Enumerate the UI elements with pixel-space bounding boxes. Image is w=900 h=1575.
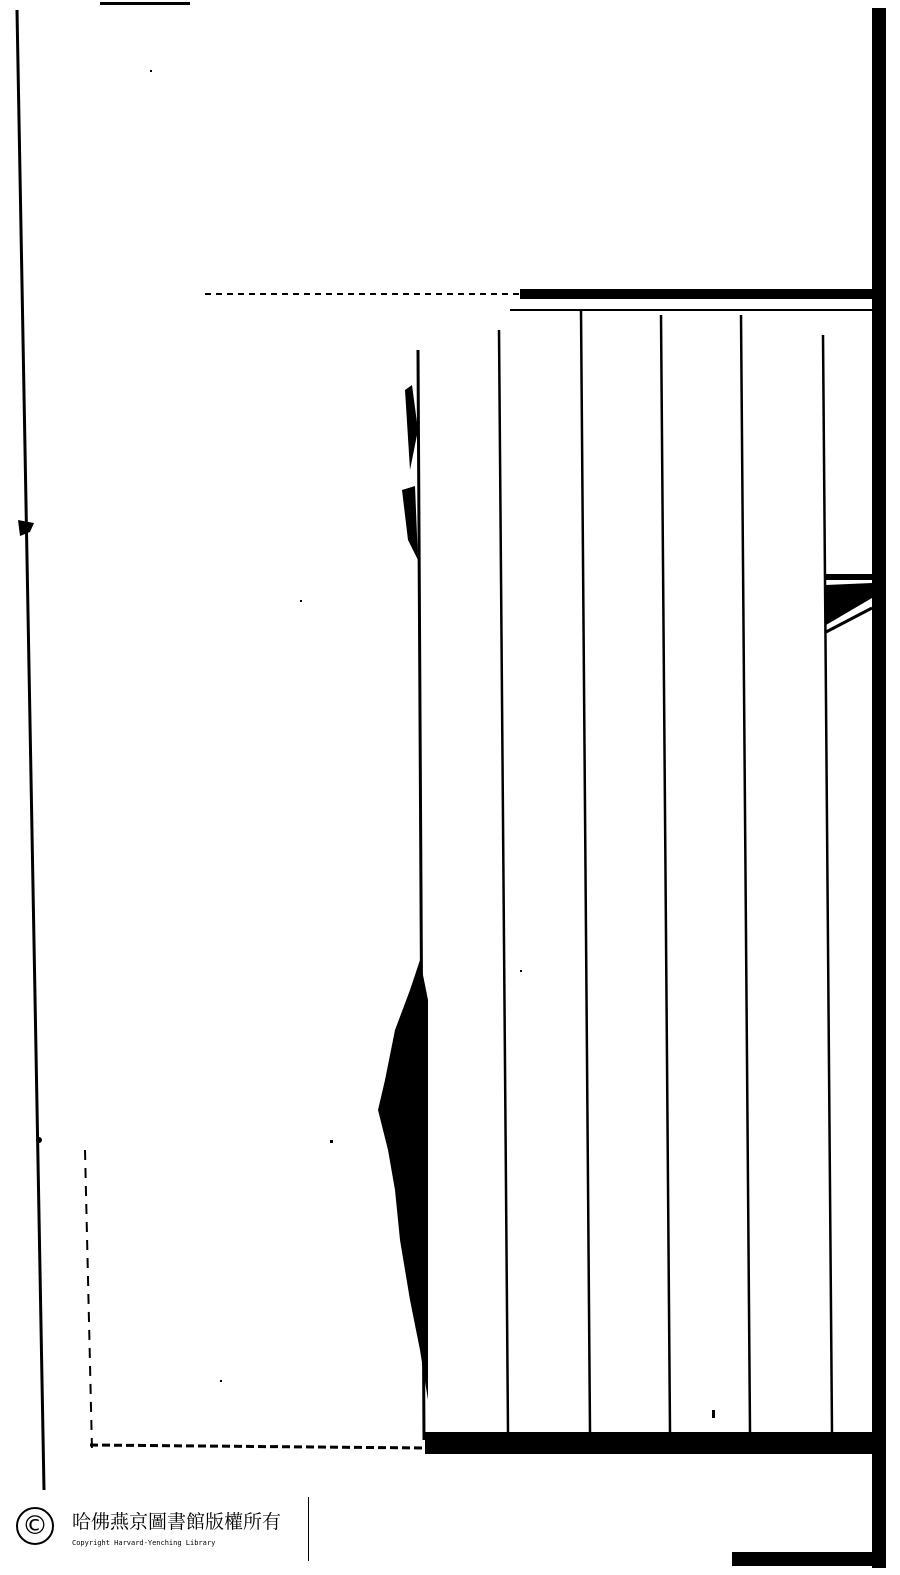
binding-knot [18,520,34,536]
top-frame-bar [520,289,875,299]
right-border [872,8,886,1568]
column-rule [741,315,750,1432]
copyright-chinese: 哈佛燕京圖書館版權所有 [72,1507,281,1534]
left-binding-line [17,10,44,1490]
column-rule [581,310,590,1432]
bottom-frame-bar [425,1432,875,1454]
copyright-stamp: © 哈佛燕京圖書館版權所有 Copyright Harvard-Yenching… [12,1497,309,1561]
column-rule [823,335,832,1432]
ink-smudge [378,960,428,1400]
column-rule [499,330,508,1432]
column-rule [661,315,670,1432]
copyright-icon: © [16,1507,54,1545]
copyright-english: Copyright Harvard-Yenching Library [72,1539,215,1547]
scanned-page [0,0,900,1575]
